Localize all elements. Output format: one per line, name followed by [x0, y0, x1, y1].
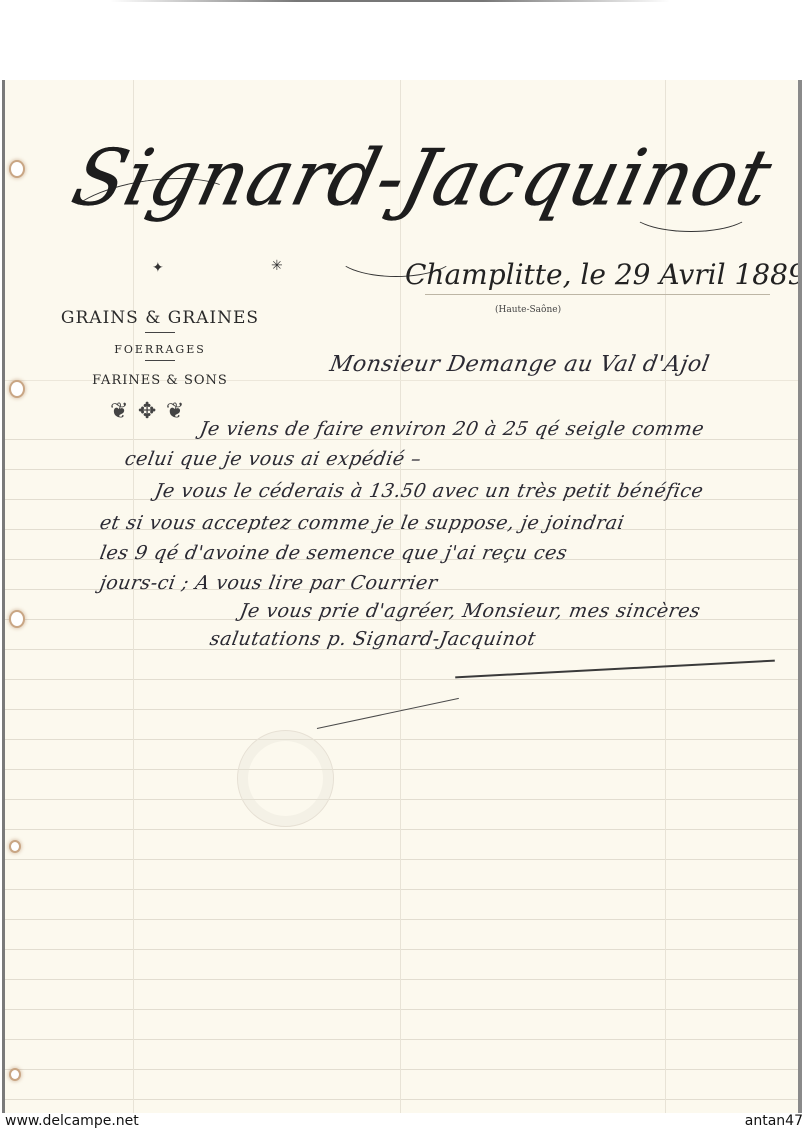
site-watermark: www.delcampe.net [5, 1113, 139, 1129]
star-ornament-icon: ✦ [152, 260, 164, 277]
letter-line: Je viens de faire environ 20 à 25 qé sei… [198, 418, 706, 440]
punch-hole [11, 842, 19, 851]
divider [145, 360, 175, 361]
trade-line: FOERRAGES [50, 343, 270, 356]
seller-watermark: antan47 [745, 1113, 803, 1129]
closing-and-signature: salutations p. Signard-Jacquinot [208, 628, 538, 650]
letter-line: les 9 qé d'avoine de semence que j'ai re… [98, 542, 569, 564]
fold-line [665, 80, 666, 1113]
letter-line: Je vous prie d'agréer, Monsieur, mes sin… [238, 600, 702, 622]
scroll-ornament-icon: ❦ ✥ ❦ [110, 398, 186, 424]
punch-hole [11, 1070, 19, 1079]
letter-sheet: Signard-Jacquinot ✦ ✳ GRAINS & GRAINES F… [2, 80, 802, 1113]
date-baseline [425, 294, 770, 295]
trade-description: GRAINS & GRAINES FOERRAGES FARINES & SON… [50, 308, 270, 388]
place-region: (Haute-Saône) [495, 305, 561, 315]
punch-hole [11, 162, 23, 176]
place-and-date: Champlitte, le 29 Avril 1889 [405, 258, 802, 291]
letter-line: jours-ci ; A vous lire par Courrier [98, 572, 439, 594]
firm-name-heading: Signard-Jacquinot [64, 133, 787, 223]
letter-line: et si vous acceptez comme je le suppose,… [98, 512, 626, 534]
divider [145, 332, 175, 333]
faded-stamp [237, 730, 334, 827]
trade-line: GRAINS & GRAINES [50, 308, 270, 328]
punch-hole [11, 612, 23, 626]
punch-hole [11, 382, 23, 396]
letter-line: Je vous le céderais à 13.50 avec un très… [153, 480, 705, 502]
salutation: Monsieur Demange au Val d'Ajol [328, 352, 712, 377]
scan-edge-shadow [110, 0, 670, 2]
star-ornament-icon: ✳ [271, 258, 283, 275]
trade-line: FARINES & SONS [50, 373, 270, 388]
watermark-footer: www.delcampe.net antan47 [0, 1113, 808, 1131]
letter-line: celui que je vous ai expédié – [123, 448, 423, 470]
